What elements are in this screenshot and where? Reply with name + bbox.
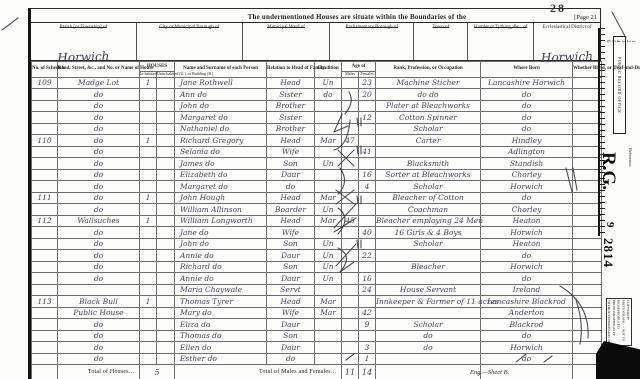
- schedule-cell: [32, 330, 58, 342]
- relation-cell: Son: [267, 238, 315, 250]
- name-cell: Ellen do: [175, 342, 267, 354]
- schedule-cell: [32, 250, 58, 262]
- age-male-cell: [342, 342, 359, 354]
- road-cell: do: [58, 261, 140, 273]
- inhabited-cell: [140, 89, 157, 101]
- district-box-label: Ecclesiastical District of: [534, 25, 600, 31]
- header-occupation: Rank, Profession, or Occupation: [376, 62, 481, 78]
- relation-cell: Wife: [267, 146, 315, 158]
- inhabited-cell: [140, 261, 157, 273]
- table-row: Public HouseMary doWifeMar42Anderton: [32, 307, 602, 319]
- total-houses-value: 5: [140, 365, 175, 379]
- road-cell: do: [58, 146, 140, 158]
- age-male-cell: [342, 77, 359, 89]
- road-cell: do: [58, 112, 140, 124]
- uninhabited-cell: [157, 123, 175, 135]
- header-inhabited: In-habited: [140, 72, 157, 78]
- condition-cell: [315, 181, 342, 193]
- name-cell: Jane Rothwell: [175, 77, 267, 89]
- header-age: Age of: [342, 62, 376, 72]
- district-box-label: Municipal Ward of: [243, 25, 330, 31]
- occupation-cell: Scholar: [376, 181, 481, 193]
- table-row: 112Wallsuches1William LongworthHeadMar45…: [32, 215, 602, 227]
- condition-cell: [315, 112, 342, 124]
- occupation-cell: Scholar: [376, 238, 481, 250]
- name-cell: Richard do: [175, 261, 267, 273]
- table-row: Maria ChaywaleServt24House ServantIrelan…: [32, 284, 602, 296]
- road-cell: Public House: [58, 307, 140, 319]
- inhabited-cell: 1: [140, 192, 157, 204]
- condition-cell: [315, 319, 342, 331]
- occupation-cell: Machine Sticher: [376, 77, 481, 89]
- uninhabited-cell: [157, 100, 175, 112]
- inhabited-cell: [140, 158, 157, 170]
- born-cell: Blackrod: [481, 319, 573, 331]
- table-row: doAnn doSisterdo20do dodo: [32, 89, 602, 101]
- relation-cell: Servt: [267, 284, 315, 296]
- table-row: doThomas doSondodo: [32, 330, 602, 342]
- district-box-town: Town of: [414, 23, 468, 60]
- infirmity-cell: [573, 238, 602, 250]
- occupation-cell: [376, 273, 481, 285]
- relation-cell: Boarder: [267, 204, 315, 216]
- condition-cell: [315, 342, 342, 354]
- uninhabited-cell: [157, 192, 175, 204]
- uninhabited-cell: [157, 342, 175, 354]
- uninhabited-cell: [157, 135, 175, 147]
- relation-cell: Head: [267, 215, 315, 227]
- born-cell: do: [481, 250, 573, 262]
- age-male-cell: [342, 307, 359, 319]
- road-cell: Black Bull: [58, 296, 140, 308]
- road-cell: do: [58, 169, 140, 181]
- name-cell: Maria Chaywale: [175, 284, 267, 296]
- road-cell: do: [58, 204, 140, 216]
- age-male-cell: [342, 319, 359, 331]
- relation-cell: Son: [267, 261, 315, 273]
- infirmity-cell: [573, 307, 602, 319]
- relation-cell: Head: [267, 77, 315, 89]
- occupation-cell: Bleacher of Cotton: [376, 192, 481, 204]
- born-cell: Lancashire Blackrod: [481, 296, 573, 308]
- schedule-cell: [32, 158, 58, 170]
- born-cell: Horwich: [481, 342, 573, 354]
- condition-cell: Mar: [315, 192, 342, 204]
- road-cell: do: [58, 89, 140, 101]
- condition-cell: Mar: [315, 215, 342, 227]
- relation-cell: Sister: [267, 89, 315, 101]
- age-female-cell: [359, 123, 376, 135]
- relation-cell: Daur: [267, 169, 315, 181]
- age-male-cell: [342, 273, 359, 285]
- born-cell: Anderton: [481, 307, 573, 319]
- relation-cell: Head: [267, 296, 315, 308]
- schedule-cell: [32, 353, 58, 365]
- scan-ink-blob: [596, 341, 640, 379]
- relation-cell: Brother: [267, 100, 315, 112]
- sheet-footer-label: Eng.—Sheet B.: [470, 369, 509, 376]
- schedule-cell: [32, 307, 58, 319]
- uninhabited-cell: [157, 89, 175, 101]
- district-box-ecclesiastical: Ecclesiastical District of Horwich: [534, 23, 600, 60]
- district-box-parliamentary-borough: Parliamentary Borough of: [330, 23, 414, 60]
- form-heading-strip: The undermentioned Houses are situate wi…: [31, 8, 601, 23]
- age-male-cell: [342, 169, 359, 181]
- schedule-cell: [32, 284, 58, 296]
- schedule-cell: 112: [32, 215, 58, 227]
- occupation-cell: Bleacher: [376, 261, 481, 273]
- relation-cell: Sister: [267, 112, 315, 124]
- occupation-cell: Innkeeper & Farmer of 11 acres: [376, 296, 481, 308]
- condition-cell: [315, 284, 342, 296]
- age-male-cell: [342, 250, 359, 262]
- relation-cell: Son: [267, 158, 315, 170]
- age-male-cell: [342, 238, 359, 250]
- age-female-cell: [359, 330, 376, 342]
- header-uninhabited: Unin-habited (U.), or Building (B.): [157, 72, 175, 78]
- age-male-cell: 45: [342, 215, 359, 227]
- age-male-cell: [342, 353, 359, 365]
- name-cell: Thomas do: [175, 330, 267, 342]
- district-box-label: Parish [or Township] of: [31, 25, 136, 31]
- schedule-cell: [32, 261, 58, 273]
- table-row: doJane doWife4016 Girls & 4 BoysHorwich: [32, 227, 602, 239]
- age-female-cell: [359, 204, 376, 216]
- uninhabited-cell: [157, 273, 175, 285]
- age-female-cell: 42: [359, 307, 376, 319]
- table-row: doJohn doSonUnScholarHeaton: [32, 238, 602, 250]
- infirmity-cell: [573, 250, 602, 262]
- district-box-municipal-borough: City or Municipal Borough of: [137, 23, 243, 60]
- road-cell: do: [58, 319, 140, 331]
- name-cell: John do: [175, 100, 267, 112]
- born-cell: Adlington: [481, 146, 573, 158]
- relation-cell: do: [267, 181, 315, 193]
- age-female-cell: 16: [359, 273, 376, 285]
- born-cell: do: [481, 100, 573, 112]
- age-female-cell: 1: [359, 353, 376, 365]
- ruler-number: 1: [630, 40, 635, 230]
- table-row: doRichard doSonUnBleacherHorwich: [32, 261, 602, 273]
- name-cell: Richard Gregory: [175, 135, 267, 147]
- occupation-cell: Sorter at Bleachworks: [376, 169, 481, 181]
- table-row: 109Madge Lot1Jane RothwellHeadUn23Machin…: [32, 77, 602, 89]
- uninhabited-cell: [157, 158, 175, 170]
- age-female-cell: 4: [359, 181, 376, 193]
- age-female-cell: 9: [359, 319, 376, 331]
- condition-cell: Un: [315, 158, 342, 170]
- occupation-cell: 16 Girls & 4 Boys: [376, 227, 481, 239]
- total-females-value: 14: [359, 365, 376, 379]
- inhabited-cell: 1: [140, 215, 157, 227]
- age-female-cell: [359, 100, 376, 112]
- age-female-cell: 16: [359, 169, 376, 181]
- census-scan-page: 28 The undermentioned Houses are situate…: [0, 0, 640, 379]
- uninhabited-cell: [157, 353, 175, 365]
- condition-cell: Mar: [315, 307, 342, 319]
- age-male-cell: [342, 100, 359, 112]
- occupation-cell: Plater at Bleachworks: [376, 100, 481, 112]
- totals-empty-cell: [32, 365, 58, 379]
- age-female-cell: 41: [359, 146, 376, 158]
- age-male-cell: [342, 158, 359, 170]
- age-female-cell: 20: [359, 89, 376, 101]
- name-cell: Thomas Tyrer: [175, 296, 267, 308]
- name-cell: Eliza do: [175, 319, 267, 331]
- occupation-cell: Blacksmith: [376, 158, 481, 170]
- inhabited-cell: [140, 273, 157, 285]
- condition-cell: [315, 123, 342, 135]
- name-cell: James do: [175, 158, 267, 170]
- age-male-cell: [342, 330, 359, 342]
- age-female-cell: 3: [359, 342, 376, 354]
- inhabited-cell: [140, 181, 157, 193]
- infirmity-cell: [573, 284, 602, 296]
- condition-cell: [315, 169, 342, 181]
- form-heading: The undermentioned Houses are situate wi…: [179, 13, 535, 22]
- total-males-value: 11: [342, 365, 359, 379]
- born-cell: Hindley: [481, 135, 573, 147]
- district-box-label: Hamlet or Tything, &c., of: [468, 25, 533, 31]
- born-cell: Horwich: [481, 261, 573, 273]
- schedule-cell: [32, 273, 58, 285]
- age-male-cell: [342, 204, 359, 216]
- born-cell: do: [481, 273, 573, 285]
- age-female-cell: [359, 261, 376, 273]
- uninhabited-cell: [157, 250, 175, 262]
- condition-cell: [315, 146, 342, 158]
- table-row: doMargaret doSister12Cotton Spinnerdo: [32, 112, 602, 124]
- age-female-cell: 23: [359, 77, 376, 89]
- relation-cell: Daur: [267, 273, 315, 285]
- schedule-cell: 109: [32, 77, 58, 89]
- table-row: doElizabeth doDaur16Sorter at Bleachwork…: [32, 169, 602, 181]
- relation-cell: Wife: [267, 307, 315, 319]
- inhabited-cell: [140, 342, 157, 354]
- born-cell: Heaton: [481, 238, 573, 250]
- relation-cell: Head: [267, 192, 315, 204]
- road-cell: Madge Lot: [58, 77, 140, 89]
- road-cell: do: [58, 100, 140, 112]
- schedule-cell: 111: [32, 192, 58, 204]
- road-cell: do: [58, 353, 140, 365]
- schedule-cell: [32, 146, 58, 158]
- infirmity-cell: [573, 261, 602, 273]
- uninhabited-cell: [157, 169, 175, 181]
- infirmity-cell: [573, 273, 602, 285]
- table-row: 111do1John HoughHeadMarBleacher of Cotto…: [32, 192, 602, 204]
- age-male-cell: [342, 296, 359, 308]
- age-female-cell: [359, 238, 376, 250]
- age-female-cell: 24: [359, 284, 376, 296]
- uninhabited-cell: [157, 319, 175, 331]
- road-cell: do: [58, 273, 140, 285]
- condition-cell: Un: [315, 250, 342, 262]
- occupation-cell: Coachman: [376, 204, 481, 216]
- name-cell: Jane do: [175, 227, 267, 239]
- age-female-cell: [359, 158, 376, 170]
- schedule-cell: 113: [32, 296, 58, 308]
- uninhabited-cell: [157, 227, 175, 239]
- road-cell: Wallsuches: [58, 215, 140, 227]
- table-row: doSelania doWife41Adlington: [32, 146, 602, 158]
- age-female-cell: [359, 296, 376, 308]
- total-houses-label: Total of Houses…: [58, 365, 140, 379]
- page-label: [Page 21: [535, 14, 600, 22]
- condition-cell: Mar: [315, 296, 342, 308]
- uninhabited-cell: [157, 307, 175, 319]
- condition-cell: Un: [315, 204, 342, 216]
- occupation-cell: House Servant: [376, 284, 481, 296]
- age-male-cell: [342, 261, 359, 273]
- table-row: doEliza doDaur9ScholarBlackrod: [32, 319, 602, 331]
- age-female-cell: [359, 215, 376, 227]
- inhabited-cell: [140, 100, 157, 112]
- uninhabited-cell: [157, 296, 175, 308]
- name-cell: Elizabeth do: [175, 169, 267, 181]
- schedule-cell: [32, 169, 58, 181]
- uninhabited-cell: [157, 330, 175, 342]
- district-box-label: City or Municipal Borough of: [137, 25, 242, 31]
- public-record-office-ruler-label: PUBLIC RECORD OFFICE: [613, 36, 626, 134]
- census-form: The undermentioned Houses are situate wi…: [28, 8, 601, 379]
- inhabited-cell: [140, 284, 157, 296]
- schedule-cell: [32, 227, 58, 239]
- table-row: doJohn doBrotherPlater at Bleachworksdo: [32, 100, 602, 112]
- age-male-cell: [342, 227, 359, 239]
- born-cell: Heaton: [481, 215, 573, 227]
- age-female-cell: [359, 135, 376, 147]
- born-cell: Chorley: [481, 169, 573, 181]
- reference-piece-stamp: 9: [604, 222, 616, 228]
- district-box-value-handwritten: Horwich: [534, 49, 600, 65]
- road-cell: do: [58, 250, 140, 262]
- road-cell: do: [58, 192, 140, 204]
- schedule-cell: [32, 181, 58, 193]
- table-row: 113Black Bull1Thomas TyrerHeadMarInnkeep…: [32, 296, 602, 308]
- condition-cell: Mar: [315, 135, 342, 147]
- schedule-cell: 110: [32, 135, 58, 147]
- enumeration-table: No. of Schedule Road, Street, &c., and N…: [31, 61, 602, 379]
- relation-cell: Head: [267, 135, 315, 147]
- born-cell: do: [481, 330, 573, 342]
- uninhabited-cell: [157, 284, 175, 296]
- road-cell: do: [58, 123, 140, 135]
- schedule-cell: [32, 89, 58, 101]
- uninhabited-cell: [157, 146, 175, 158]
- inhabited-cell: [140, 204, 157, 216]
- condition-cell: Un: [315, 273, 342, 285]
- name-cell: John Hough: [175, 192, 267, 204]
- condition-cell: do: [315, 89, 342, 101]
- uninhabited-cell: [157, 215, 175, 227]
- uninhabited-cell: [157, 112, 175, 124]
- district-boxes: Parish [or Township] of Horwich City or …: [31, 23, 601, 61]
- district-box-parish: Parish [or Township] of Horwich: [31, 23, 137, 60]
- condition-cell: [315, 353, 342, 365]
- condition-cell: Un: [315, 261, 342, 273]
- age-male-cell: [342, 89, 359, 101]
- condition-cell: [315, 330, 342, 342]
- relation-cell: Brother: [267, 123, 315, 135]
- condition-cell: [315, 100, 342, 112]
- uninhabited-cell: [157, 204, 175, 216]
- infirmity-cell: [573, 319, 602, 331]
- inhabited-cell: [140, 123, 157, 135]
- road-cell: do: [58, 238, 140, 250]
- condition-cell: [315, 227, 342, 239]
- totals-empty-cell: [376, 365, 481, 379]
- table-row: doJames doSonUnBlacksmithStandish: [32, 158, 602, 170]
- occupation-cell: Cotton Spinner: [376, 112, 481, 124]
- age-female-cell: [359, 192, 376, 204]
- relation-cell: Son: [267, 330, 315, 342]
- age-male-cell: [342, 112, 359, 124]
- occupation-cell: Scholar: [376, 123, 481, 135]
- relation-cell: Wife: [267, 227, 315, 239]
- inhabited-cell: [140, 319, 157, 331]
- born-cell: do: [481, 123, 573, 135]
- born-cell: Horwich: [481, 181, 573, 193]
- name-cell: Annie do: [175, 273, 267, 285]
- schedule-cell: [32, 112, 58, 124]
- name-cell: John do: [175, 238, 267, 250]
- district-box-municipal-ward: Municipal Ward of: [243, 23, 331, 60]
- occupation-cell: do: [376, 342, 481, 354]
- schedule-cell: [32, 123, 58, 135]
- table-row: 110do1Richard GregoryHeadMar47CarterHind…: [32, 135, 602, 147]
- reference-label: Reference:: [628, 148, 633, 188]
- enumeration-rows: 109Madge Lot1Jane RothwellHeadUn23Machin…: [32, 77, 602, 365]
- born-cell: Chorley: [481, 204, 573, 216]
- occupation-cell: Scholar: [376, 319, 481, 331]
- born-cell: do: [481, 89, 573, 101]
- uninhabited-cell: [157, 77, 175, 89]
- relation-cell: Daur: [267, 319, 315, 331]
- road-cell: do: [58, 181, 140, 193]
- table-row: doEllen doDaur3doHorwich: [32, 342, 602, 354]
- age-female-cell: 22: [359, 250, 376, 262]
- name-cell: William Longworth: [175, 215, 267, 227]
- born-cell: Horwich: [481, 227, 573, 239]
- occupation-cell: [376, 353, 481, 365]
- occupation-cell: do: [376, 330, 481, 342]
- infirmity-cell: [573, 330, 602, 342]
- inhabited-cell: [140, 238, 157, 250]
- relation-cell: do: [267, 353, 315, 365]
- road-cell: do: [58, 135, 140, 147]
- table-row: doAnnie doDaurUn22do: [32, 250, 602, 262]
- name-cell: Nathaniel do: [175, 123, 267, 135]
- table-row: doMargaret dodo4ScholarHorwich: [32, 181, 602, 193]
- schedule-cell: [32, 319, 58, 331]
- age-female-cell: 12: [359, 112, 376, 124]
- schedule-cell: [32, 204, 58, 216]
- reference-series-stamp: R.G.: [597, 152, 619, 222]
- born-cell: Lancashire Horwich: [481, 77, 573, 89]
- born-cell: do: [481, 112, 573, 124]
- schedule-cell: [32, 342, 58, 354]
- condition-cell: Un: [315, 238, 342, 250]
- district-box-hamlet: Hamlet or Tything, &c., of: [468, 23, 534, 60]
- road-cell: do: [58, 330, 140, 342]
- occupation-cell: [376, 307, 481, 319]
- total-persons-label: Total of Males and Females…: [175, 365, 342, 379]
- inhabited-cell: [140, 250, 157, 262]
- uninhabited-cell: [157, 181, 175, 193]
- uninhabited-cell: [157, 261, 175, 273]
- occupation-cell: Carter: [376, 135, 481, 147]
